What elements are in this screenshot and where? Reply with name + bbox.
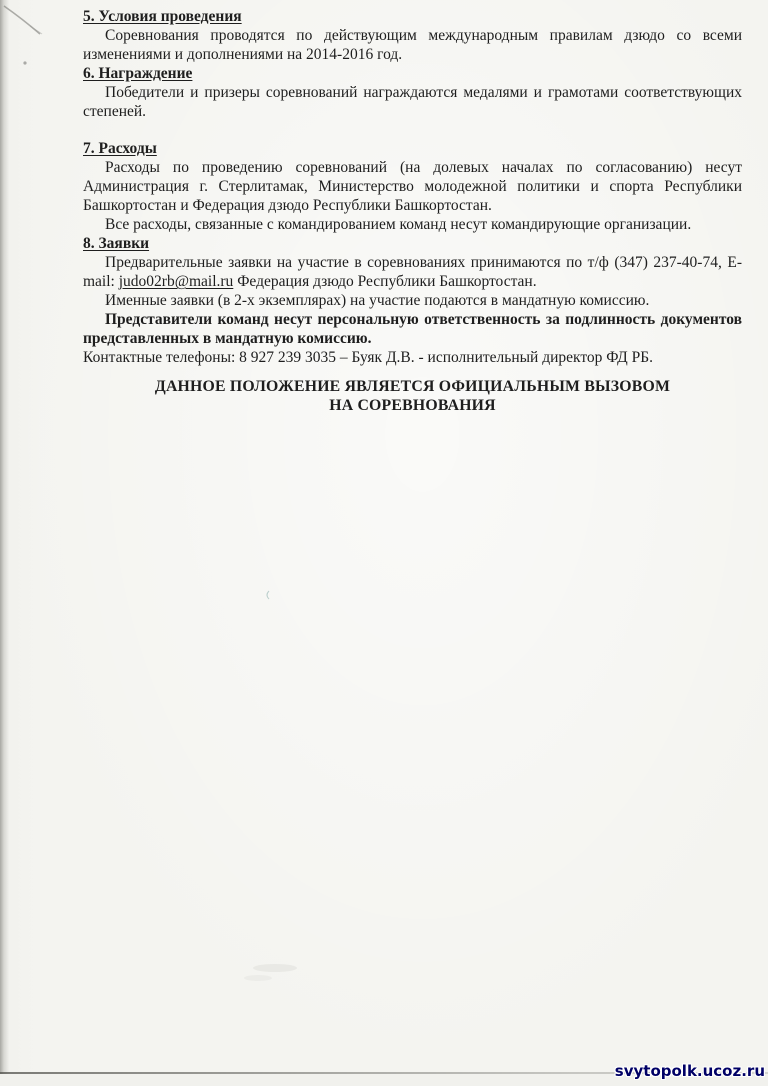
paragraph-named-entries: Именные заявки (в 2-х экземплярах) на уч… (83, 291, 742, 310)
paragraph-awards: Победители и призеры соревнований награж… (83, 83, 742, 121)
paragraph-travel-expenses: Все расходы, связанные с командированием… (83, 215, 742, 234)
section-heading-8: 8. Заявки (83, 234, 742, 253)
paragraph-contacts: Контактные телефоны: 8 927 239 3035 – Бу… (83, 348, 742, 367)
paragraph-applications: Предварительные заявки на участие в соре… (83, 253, 742, 291)
paragraph-expenses: Расходы по проведению соревнований (на д… (83, 158, 742, 215)
section-heading-6: 6. Награждение (83, 64, 742, 83)
paragraph-rules: Соревнования проводятся по действующим м… (83, 26, 742, 64)
applications-post-email-text: Федерация дзюдо Республики Башкортостан. (233, 273, 536, 290)
section-heading-7: 7. Расходы (83, 139, 742, 158)
pencil-scratch-2 (30, 26, 42, 34)
official-invitation-title: ДАННОЕ ПОЛОЖЕНИЕ ЯВЛЯЕТСЯ ОФИЦИАЛЬНЫМ ВЫ… (83, 377, 742, 415)
paper-speck (23, 61, 26, 64)
official-invitation-title-line2: НА СОРЕВНОВАНИЯ (83, 396, 742, 415)
scan-edge-shadow (0, 0, 9, 1086)
official-invitation-title-line1: ДАННОЕ ПОЛОЖЕНИЕ ЯВЛЯЕТСЯ ОФИЦИАЛЬНЫМ ВЫ… (83, 377, 742, 396)
paragraph-responsibility-note: Представители команд несут персональную … (83, 310, 742, 348)
pencil-scratch (4, 6, 40, 34)
faint-ink-mark (267, 591, 269, 599)
email-address: judo02rb@mail.ru (119, 273, 234, 290)
faint-smudge-2 (244, 975, 272, 981)
site-watermark: svytopolk.ucoz.ru (615, 1062, 765, 1080)
document-text-block: 5. Условия проведения Соревнования прово… (83, 7, 742, 415)
section-heading-5: 5. Условия проведения (83, 7, 742, 26)
faint-smudge (253, 964, 297, 972)
scanned-page: 5. Условия проведения Соревнования прово… (0, 0, 768, 1086)
